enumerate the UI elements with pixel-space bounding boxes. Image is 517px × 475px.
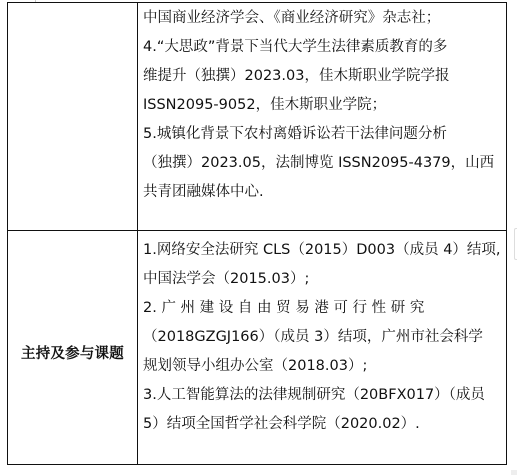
content-line: 共青团融媒体中心. — [143, 178, 502, 207]
content-line: ISSN2095-9052，佳木斯职业学院； — [143, 91, 502, 120]
content-line: （2018GZGJ166）（成员 3）结项，广州市社会科学 — [143, 323, 502, 352]
content-line: 1.网络安全法研究 CLS（2015）D003（成员 4）结项, — [143, 236, 502, 265]
row-label-research-projects: 主持及参与课题 — [21, 332, 124, 363]
content-line: （独撰）2023.05，法制博览 ISSN2095-4379，山西 — [143, 149, 502, 178]
content-line: 4.“大思政”背景下当代大学生法律素质教育的多 — [143, 33, 502, 62]
projects-content-cell: 1.网络安全法研究 CLS（2015）D003（成员 4）结项, 中国法学会（2… — [138, 231, 507, 465]
publications-content-cell: 中国商业经济学会、《商业经济研究》杂志社； 4.“大思政”背景下当代大学生法律素… — [138, 3, 507, 231]
table-row-research-projects: 主持及参与课题 1.网络安全法研究 CLS（2015）D003（成员 4）结项,… — [8, 231, 507, 465]
row-label-cell — [8, 3, 138, 231]
content-line: 5.城镇化背景下农村离婚诉讼若干法律问题分析 — [143, 120, 502, 149]
content-line: 维提升（独撰）2023.03，佳木斯职业学院学报 — [143, 62, 502, 91]
content-line: 规划领导小组办公室（2018.03）; — [143, 352, 502, 381]
content-line: 中国商业经济学会、《商业经济研究》杂志社； — [143, 4, 502, 33]
content-line: 5）结项全国哲学社会科学院（2020.02）. — [143, 410, 502, 439]
content-line: 中国法学会（2015.03）; — [143, 265, 502, 294]
row-label-cell: 主持及参与课题 — [8, 231, 138, 465]
page-corner — [511, 470, 517, 475]
content-line: 2. 广 州 建 设 自 由 贸 易 港 可 行 性 研 究 — [143, 294, 502, 323]
content-line: 3.人工智能算法的法律规制研究（20BFX017）（成员 — [143, 381, 502, 410]
table-row-publications-continued: 中国商业经济学会、《商业经济研究》杂志社； 4.“大思政”背景下当代大学生法律素… — [8, 3, 507, 231]
resume-table: 中国商业经济学会、《商业经济研究》杂志社； 4.“大思政”背景下当代大学生法律素… — [7, 2, 507, 465]
